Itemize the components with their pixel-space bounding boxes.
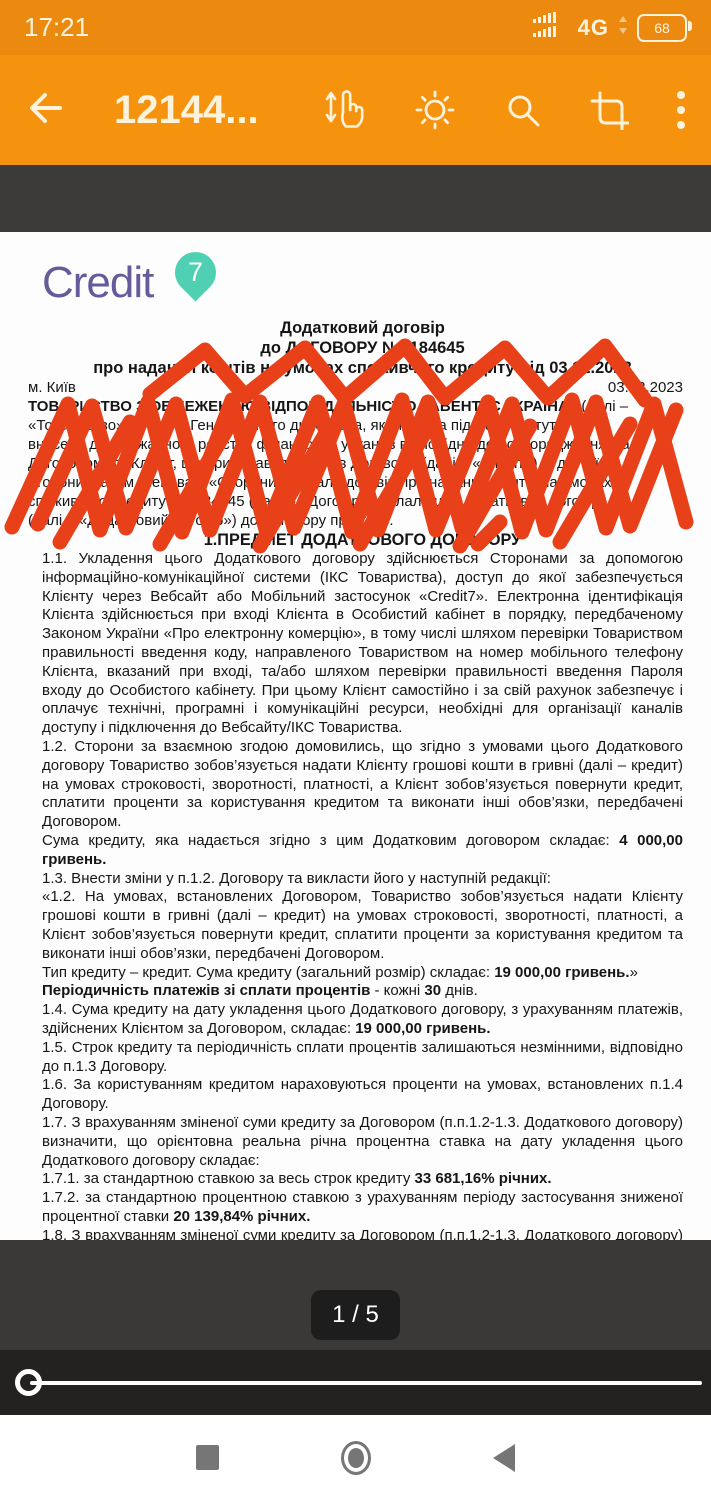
battery-percent: 68 <box>654 20 670 36</box>
viewer-background-strip <box>0 165 711 232</box>
search-icon[interactable] <box>503 90 543 130</box>
preamble-redacted-block: ТОВАРИСТВО З ОБМЕЖЕНОЮ ВІДПОВІДАЛЬНІСТЮ … <box>28 397 683 530</box>
preamble-line: ТОВАРИСТВО З ОБМЕЖЕНОЮ ВІДПОВІДАЛЬНІСТЮ … <box>28 397 683 416</box>
document-paragraph: 1.6. За користуванням кредитом нараховую… <box>42 1076 683 1114</box>
date-label: 03.12.2023 <box>608 378 683 397</box>
crop-icon[interactable] <box>589 90 629 130</box>
brightness-icon[interactable] <box>413 88 457 132</box>
page-slider <box>0 1350 711 1415</box>
phone-screen: 17:21 4G 68 <box>0 0 711 1500</box>
more-menu-icon[interactable] <box>675 89 687 131</box>
status-bar: 17:21 4G 68 <box>0 0 711 55</box>
document-paragraph: 1.7.2. за стандартною процентною ставкою… <box>42 1189 683 1227</box>
title-line-3: про надання коштів на умовах споживчого … <box>42 358 683 378</box>
file-title: 12144... <box>114 88 259 133</box>
recents-icon[interactable] <box>196 1445 219 1470</box>
preamble-line: споживчого кредиту №4184645 (далі – «Дог… <box>28 492 683 511</box>
document-paragraph: Сума кредиту, яка надається згідно з цим… <box>42 832 683 870</box>
home-icon[interactable] <box>341 1441 371 1475</box>
document-paragraph: 1.8. З врахуванням зміненої суми кредиту… <box>42 1227 683 1240</box>
document-paragraph: 1.1. Укладення цього Додаткового договор… <box>42 550 683 738</box>
preamble-line: внесене до Державного реєстру фінансових… <box>28 435 683 454</box>
clock: 17:21 <box>24 12 89 43</box>
slider-track[interactable] <box>30 1381 702 1385</box>
network-type-label: 4G <box>578 15 609 41</box>
document-body: 1.1. Укладення цього Додаткового договор… <box>42 550 683 1240</box>
slider-handle[interactable] <box>15 1369 42 1396</box>
document-page: Credit 7 Додатковий договір до ДОГОВОРУ … <box>0 232 711 1240</box>
pager-strip: 1 / 5 <box>0 1240 711 1350</box>
dual-signal-icon <box>533 12 569 43</box>
preamble-line: (далі – «Додатковий договір») до Договор… <box>28 511 683 530</box>
logo-brand-text: Credit <box>42 258 153 307</box>
preamble-line: сторони, разом іменовані «Сторони», укла… <box>28 473 683 492</box>
document-paragraph: «1.2. На умовах, встановлених Договором,… <box>42 888 683 963</box>
document-paragraph: Періодичність платежів зі сплати процент… <box>42 982 683 1001</box>
document-paragraph: 1.5. Строк кредиту та періодичність спла… <box>42 1039 683 1077</box>
toolbar: 12144... <box>0 55 711 165</box>
document-paragraph: 1.3. Внести зміни у п.1.2. Договору та в… <box>42 870 683 889</box>
document-paragraph: 1.2. Сторони за взаємною згодою домовили… <box>42 738 683 832</box>
preamble-line: «Товариство»), в особі Генерального дире… <box>28 416 683 435</box>
document-paragraph: 1.7.1. за стандартною ставкою за весь ст… <box>42 1170 683 1189</box>
title-line-2: до ДОГОВОРУ №4184645 <box>42 338 683 358</box>
section-heading: 1.ПРЕДМЕТ ДОДАТКОВОГО ДОГОВОРУ <box>42 530 683 550</box>
back-icon[interactable] <box>493 1444 515 1472</box>
logo-pin-icon: 7 <box>167 244 225 302</box>
page-indicator-badge: 1 / 5 <box>311 1290 400 1340</box>
title-line-1: Додатковий договір <box>42 318 683 338</box>
battery-icon: 68 <box>637 14 687 42</box>
credit7-logo: Credit 7 <box>42 258 683 318</box>
document-title: Додатковий договір до ДОГОВОРУ №4184645 … <box>42 318 683 378</box>
city-label: м. Київ <box>28 378 76 397</box>
network-activity-icon <box>618 15 628 40</box>
place-date-row: м. Київ 03.12.2023 <box>28 378 683 397</box>
android-navigation-bar <box>0 1415 711 1500</box>
document-paragraph: 1.4. Сума кредиту на дату укладення цьог… <box>42 1001 683 1039</box>
scroll-gesture-icon[interactable] <box>323 86 367 134</box>
document-paragraph: Тип кредиту – кредит. Сума кредиту (зага… <box>42 964 683 983</box>
document-paragraph: 1.7. З врахуванням зміненої суми кредиту… <box>42 1114 683 1170</box>
preamble-line: Договором, та Клієнт, що приєднався до у… <box>28 454 683 473</box>
back-arrow-icon[interactable] <box>20 85 66 136</box>
